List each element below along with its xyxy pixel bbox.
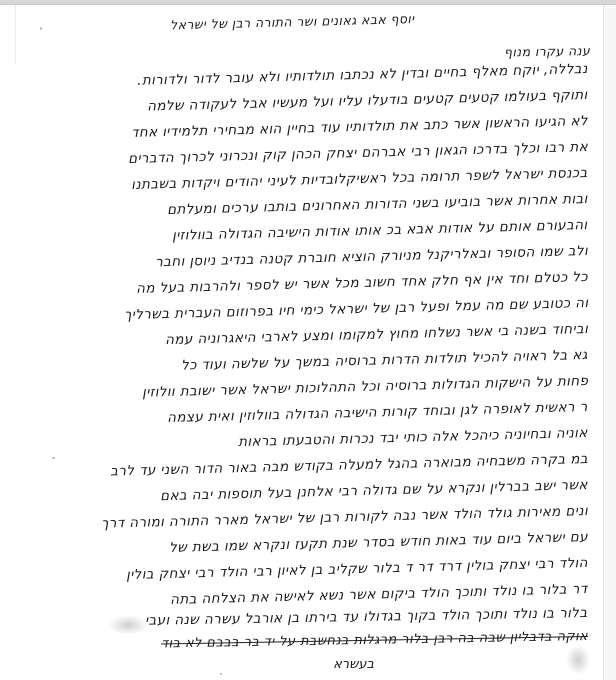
text-line-2: ותוקף בעולמו קטעים קטעים בודעלו עליו ועל… [147,87,588,115]
scan-speck [52,457,55,459]
text-line-11: וביחוד בשנה בי אשר נשלחו מחוץ למקומו ומצ… [165,321,588,348]
scan-speck [40,27,42,30]
text-line-5: בכנסת ישראל לשפר תרומה בכל ראשיקלובדיות … [131,165,588,193]
text-line-16: במ בקרה משבחיה מבוארה בהגל למעלה בקודש מ… [110,451,588,480]
struck-through-line: אוקה בדבליון שבה בה רבן בלור מרגלות בנחש… [161,629,588,651]
text-line-7: והבעורם אותם על אודות אבא בכ אותו אודות … [172,217,588,244]
text-line-20: הולד רבי יצחק בולין דרד דר ד בלור שקליב … [126,555,588,583]
manuscript-page: יוסף אבא גאונים ושר התורה רבן של ישראל ע… [0,5,604,680]
text-line-4: את רבו וכלך בדרכו הגאון רבי אברהם יצחק ה… [128,139,588,167]
text-line-19: עם ישראל ביום עוד באות חודש בסדר שנת תקע… [169,529,588,556]
scan-speck [220,673,222,675]
text-line-1: נבללה, יוקח מאלף בחיים ובדין לא נכתבו תו… [137,61,588,89]
scan-smudge [108,615,148,635]
text-line-15: אוניה ובחיוניה כיהכל אלה כותי יבד נכרות … [238,425,588,450]
signature: בעשרא [333,657,374,672]
text-line-12: גא בל ראויה להכיל תולדות הדרות ברוסיה במ… [181,347,588,374]
text-line-22: בלור בו נולד ותוכך הולד בקוך בגדולו עד ב… [145,605,588,629]
text-line-3: לא הגיעו הראשון אשר כתב את תולדותיו עוד … [131,113,588,141]
heading-line: יוסף אבא גאונים ושר התורה רבן של ישראל [169,11,414,32]
text-line-10: וה כטובע שם מה עמל ופעל רבן של ישראל כימ… [124,295,589,323]
salutation: ענה עקרו מנוף [504,43,590,60]
scan-right-margin [603,5,616,680]
text-line-9: כל כטלם וחד אין אף חלק אחד חשוב מכל אשר … [136,269,588,297]
text-line-17: אשר ישב בברלין ונקרא על שם גדולה רבי אלח… [160,477,588,504]
text-line-21: דר בלור בו נולד ותוכך הולד ביקום אשר נשא… [170,581,588,608]
text-line-8: ולב שמו הסופר ובאלריקנל מניורק הוציא חוב… [155,243,588,270]
scan-smudge [566,645,590,675]
text-line-18: ונים מאירות גולד הולד אשר נבה לקורות רבן… [101,503,588,532]
text-line-14: ר ראשית לאופרה לגן ובוחד קורות הישיבה הג… [167,399,588,426]
text-line-6: ובות אחרות אשר בוביעו בשני הדורות האחרונ… [167,191,588,218]
text-line-13: פחות על הישקות הגדולות ברוסיה וכל התהלוכ… [142,373,589,401]
